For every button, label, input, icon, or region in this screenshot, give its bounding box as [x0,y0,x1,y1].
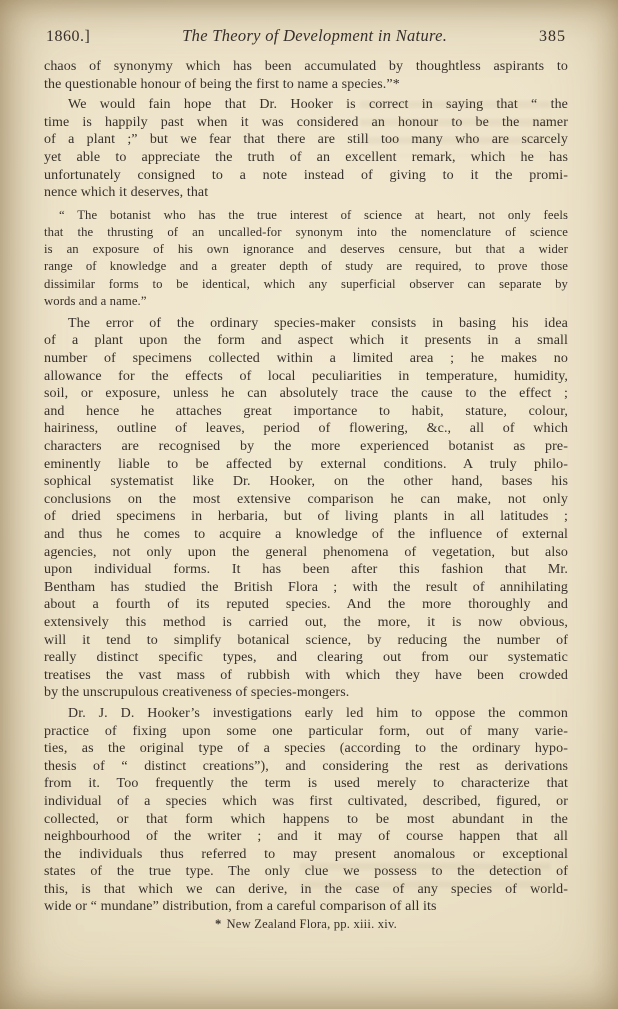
running-header: 1860.] The Theory of Development in Natu… [46,26,566,46]
text-line: practice of fixing upon some one particu… [44,723,568,741]
text-line: extensively this method is carried out, … [44,614,568,632]
page-title: The Theory of Development in Nature. [90,26,539,46]
footnote-marker-asterisk: * [215,917,222,931]
paragraph: chaos of synonymy which has been accumul… [44,58,568,93]
page-number: 385 [539,28,566,46]
text-line: of a plant upon the form and aspect whic… [44,332,568,350]
text-line: characters are recognised by the more ex… [44,438,568,456]
text-line: ties, as the original type of a species … [44,740,568,758]
scanned-book-page: 1860.] The Theory of Development in Natu… [0,0,618,1009]
text-line: sophical systematist like Dr. Hooker, on… [44,473,568,491]
text-line: and hence he attaches great importance t… [44,403,568,421]
text-line: soil, or exposure, unless he can absolut… [44,385,568,403]
text-line: nence which it deserves, that [44,184,568,202]
text-line: yet able to appreciate the truth of an e… [44,149,568,167]
text-line: neighbourhood of the writer ; and it may… [44,828,568,846]
text-line: that the thrusting of an uncalled-for sy… [44,224,568,241]
text-line: The error of the ordinary species-maker … [44,315,568,333]
paragraph: We would fain hope that Dr. Hooker is co… [44,96,568,202]
text-line: the questionable honour of being the fir… [44,76,568,94]
text-line: about a fourth of its reputed species. A… [44,596,568,614]
text-line: words and a name.” [44,293,568,310]
text-line: by the unscrupulous creativeness of spec… [44,684,568,702]
blockquote: “ The botanist who has the true interest… [44,207,568,310]
text-line: We would fain hope that Dr. Hooker is co… [44,96,568,114]
text-line: collected, or that form which happens to… [44,811,568,829]
text-line: hairiness, outline of leaves, period of … [44,420,568,438]
text-line: wide or “ mundane” distribution, from a … [44,898,568,916]
text-line: conclusions on the most extensive compar… [44,491,568,509]
text-line: the individuals thus referred to may pre… [44,846,568,864]
header-year-label: 1860.] [46,28,90,46]
text-line: states of the true type. The only clue w… [44,863,568,881]
page-body-text: chaos of synonymy which has been accumul… [44,58,568,916]
text-line: agencies, not only upon the general phen… [44,544,568,562]
text-line: allowance for the effects of local pecul… [44,368,568,386]
text-line: this, is that which we can derive, in th… [44,881,568,899]
text-line: time is happily past when it was conside… [44,114,568,132]
text-line: is an exposure of his own ignorance and … [44,241,568,258]
text-line: unfortunately consigned to a note instea… [44,167,568,185]
text-line: eminently liable to be affected by exter… [44,456,568,474]
text-line: from it. Too frequently the term is used… [44,775,568,793]
text-line: upon individual forms. It has been after… [44,561,568,579]
text-line: dissimilar forms to be identical, which … [44,276,568,293]
paragraph: Dr. J. D. Hooker’s investigations early … [44,705,568,916]
text-line: really distinct specific types, and clea… [44,649,568,667]
text-line: thesis of “ distinct creations”), and co… [44,758,568,776]
text-line: “ The botanist who has the true interest… [44,207,568,224]
text-line: Dr. J. D. Hooker’s investigations early … [44,705,568,723]
text-line: range of knowledge and a greater depth o… [44,258,568,275]
text-line: number of specimens collected within a l… [44,350,568,368]
text-line: of dried specimens in herbaria, but of l… [44,508,568,526]
text-line: of a plant ;” but we fear that there are… [44,131,568,149]
text-line: will it tend to simplify botanical scien… [44,632,568,650]
footnote: *New Zealand Flora, pp. xiii. xiv. [44,917,568,932]
text-line: individual of a species which was first … [44,793,568,811]
footnote-text: New Zealand Flora, pp. xiii. xiv. [226,917,397,931]
text-line: and thus he comes to acquire a knowledge… [44,526,568,544]
paragraph: The error of the ordinary species-maker … [44,315,568,702]
text-line: chaos of synonymy which has been accumul… [44,58,568,76]
text-line: treatises the vast mass of rubbish with … [44,667,568,685]
text-line: Bentham has studied the British Flora ; … [44,579,568,597]
